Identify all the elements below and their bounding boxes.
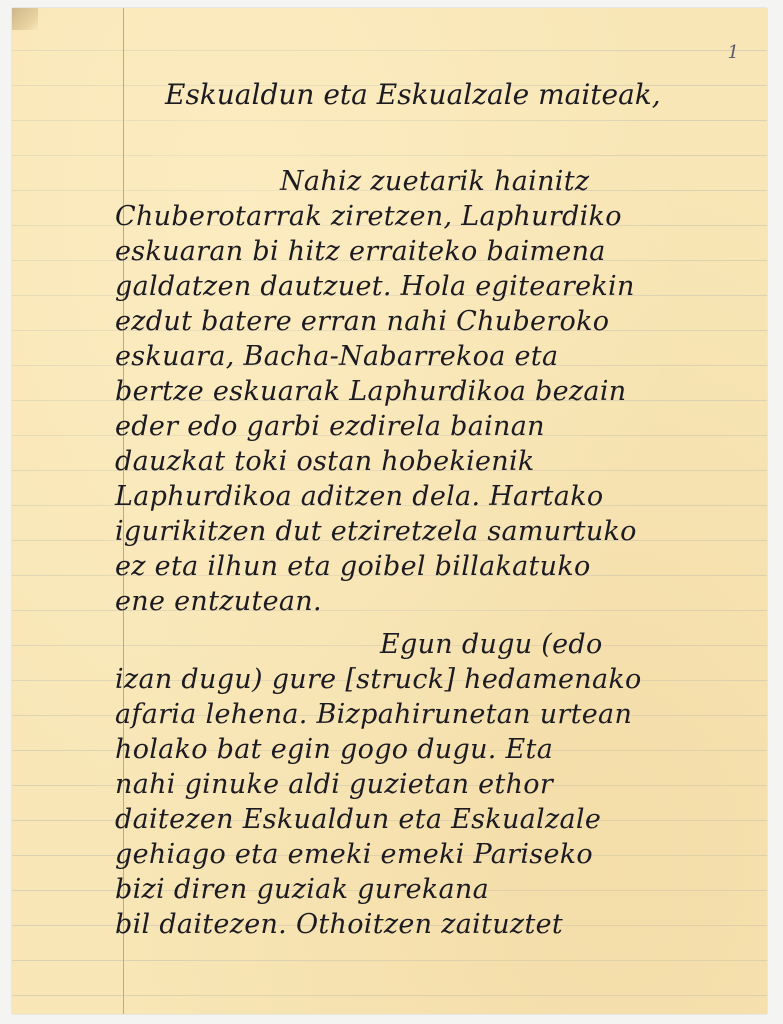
body-line: Laphurdikoa aditzen dela. Hartako — [105, 479, 745, 514]
body-line: ez eta ilhun eta goibel billakatuko — [105, 549, 745, 584]
page-number: 1 — [728, 42, 739, 63]
body-line: eskuaran bi hitz erraiteko baimena — [105, 234, 745, 269]
body-line: galdatzen dautzuet. Hola egitearekin — [105, 269, 745, 304]
body-line: bizi diren guziak gurekana — [105, 872, 745, 907]
body-line: eder edo garbi ezdirela bainan — [105, 409, 745, 444]
body-line: Egun dugu (edo — [105, 627, 745, 662]
body-line: Nahiz zuetarik hainitz — [105, 164, 745, 199]
letter-salutation: Eskualdun eta Eskualzale maiteak, — [165, 78, 661, 111]
body-line: ezdut batere erran nahi Chuberoko — [105, 304, 745, 339]
body-line: ene entzutean. — [105, 584, 745, 619]
body-line: igurikitzen dut etziretzela samurtuko — [105, 514, 745, 549]
body-line: bil daitezen. Othoitzen zaituztet — [105, 907, 745, 942]
body-line: eskuara, Bacha-Nabarrekoa eta — [105, 339, 745, 374]
folded-corner — [12, 8, 38, 30]
letter-body: Nahiz zuetarik hainitz Chuberotarrak zir… — [105, 164, 745, 942]
body-line: bertze eskuarak Laphurdikoa bezain — [105, 374, 745, 409]
body-line: afaria lehena. Bizpahirunetan urtean — [105, 697, 745, 732]
body-line: izan dugu) gure [struck] hedamenako — [105, 662, 745, 697]
body-line: Chuberotarrak ziretzen, Laphurdiko — [105, 199, 745, 234]
body-line: dauzkat toki ostan hobekienik — [105, 444, 745, 479]
body-line: holako bat egin gogo dugu. Eta — [105, 732, 745, 767]
body-line: nahi ginuke aldi guzietan ethor — [105, 767, 745, 802]
body-line: daitezen Eskualdun eta Eskualzale — [105, 802, 745, 837]
scanned-page: 1 Eskualdun eta Eskualzale maiteak, Nahi… — [0, 0, 783, 1024]
body-line: gehiago eta emeki emeki Pariseko — [105, 837, 745, 872]
